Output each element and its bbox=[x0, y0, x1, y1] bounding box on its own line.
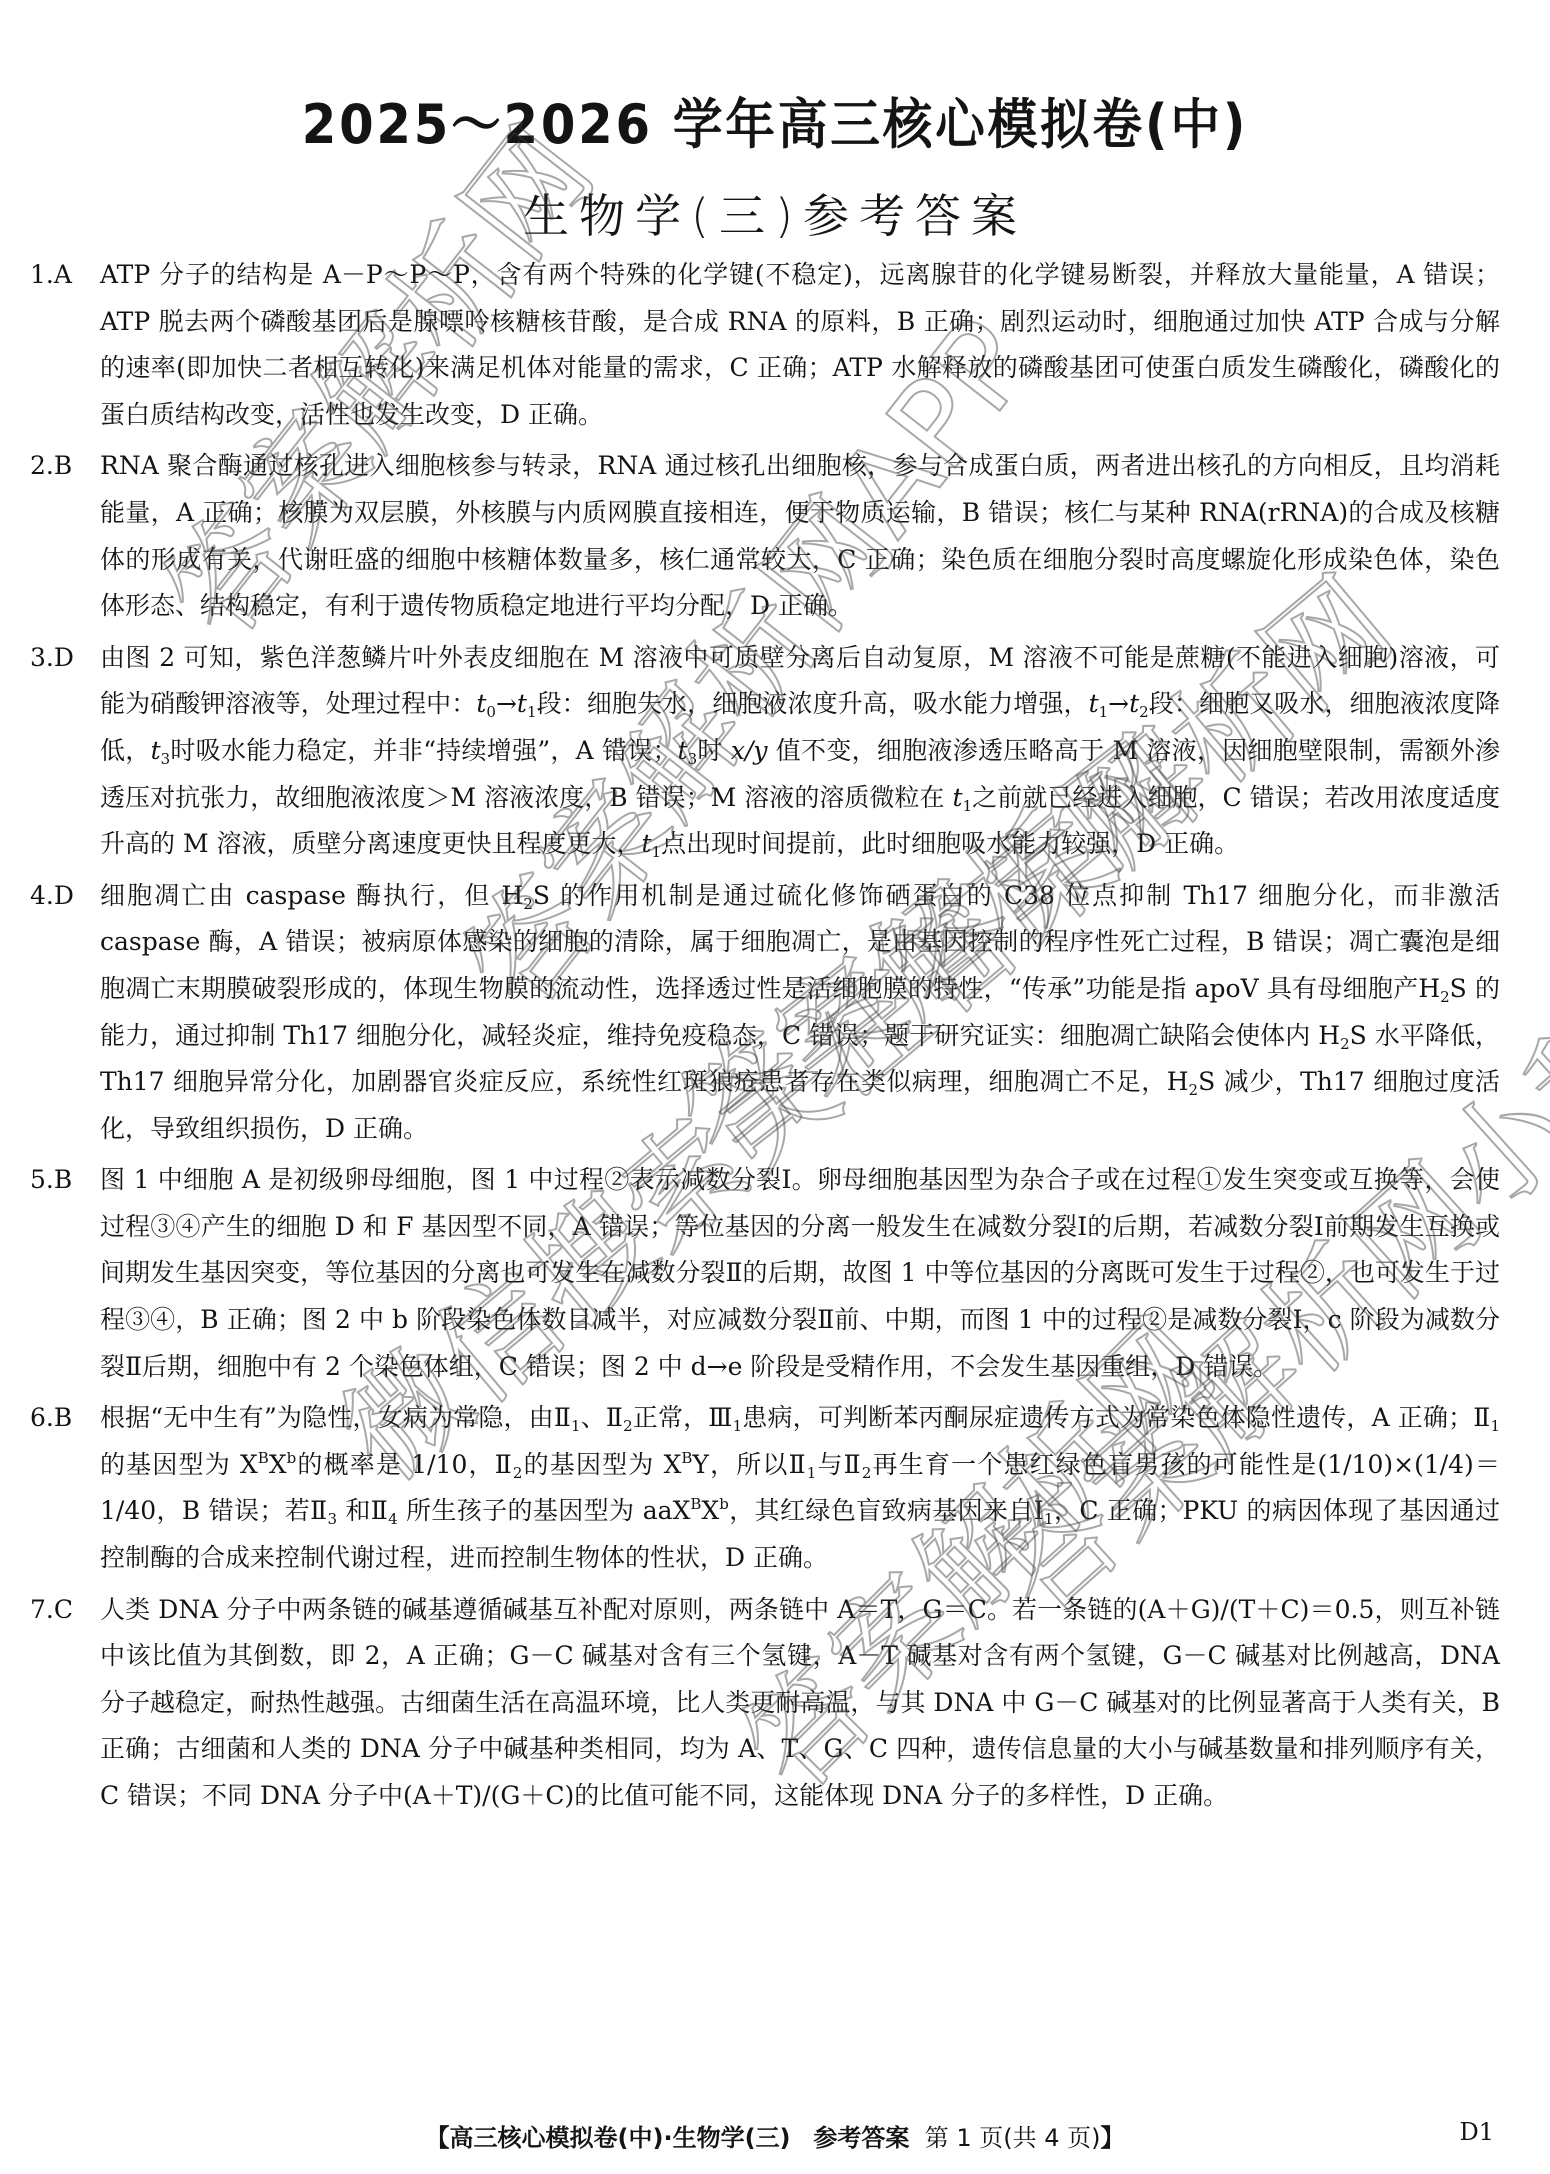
footer-page-info: 第 1 页(共 4 页) bbox=[925, 2124, 1101, 2152]
answer-explanation: 细胞凋亡由 caspase 酶执行，但 H2S 的作用机制是通过硫化修饰硒蛋白的… bbox=[100, 881, 1500, 1143]
answer-item: 1.AATP 分子的结构是 A－P～P～P，含有两个特殊的化学键(不稳定)，远离… bbox=[30, 252, 1500, 438]
answer-number: 2.B bbox=[30, 443, 100, 490]
answer-explanation: 根据“无中生有”为隐性，女病为常隐，由Ⅱ1、Ⅱ2正常，Ⅲ1患病，可判断苯丙酮尿症… bbox=[100, 1403, 1500, 1572]
answer-explanation: 人类 DNA 分子中两条链的碱基遵循碱基互补配对原则，两条链中 A＝T，G＝C。… bbox=[100, 1595, 1500, 1810]
footer-series: 高三核心模拟卷(中)·生物学(三) bbox=[450, 2124, 791, 2152]
footer-left-bracket: 【 bbox=[426, 2124, 450, 2152]
answer-item: 6.B根据“无中生有”为隐性，女病为常隐，由Ⅱ1、Ⅱ2正常，Ⅲ1患病，可判断苯丙… bbox=[30, 1395, 1500, 1581]
answer-item: 2.BRNA 聚合酶通过核孔进入细胞核参与转录，RNA 通过核孔出细胞核，参与合… bbox=[30, 443, 1500, 629]
footer-doc-type: 参考答案 bbox=[813, 2124, 909, 2152]
page-footer: 【高三核心模拟卷(中)·生物学(三) 参考答案 第 1 页(共 4 页)】 D1 bbox=[0, 2118, 1550, 2153]
answer-item: 7.C人类 DNA 分子中两条链的碱基遵循碱基互补配对原则，两条链中 A＝T，G… bbox=[30, 1587, 1500, 1820]
answer-number: 7.C bbox=[30, 1587, 100, 1634]
answer-item: 4.D细胞凋亡由 caspase 酶执行，但 H2S 的作用机制是通过硫化修饰硒… bbox=[30, 873, 1500, 1153]
footer-right-bracket: 】 bbox=[1100, 2124, 1124, 2152]
answer-explanation: 图 1 中细胞 A 是初级卵母细胞，图 1 中过程②表示减数分裂Ⅰ。卵母细胞基因… bbox=[100, 1165, 1500, 1380]
answer-item: 3.D由图 2 可知，紫色洋葱鳞片叶外表皮细胞在 M 溶液中可质壁分离后自动复原… bbox=[30, 635, 1500, 868]
page-title: 2025～2026 学年高三核心模拟卷(中) bbox=[62, 82, 1488, 159]
page-subtitle: 生物学(三)参考答案 bbox=[0, 180, 1550, 246]
answer-list: 1.AATP 分子的结构是 A－P～P～P，含有两个特殊的化学键(不稳定)，远离… bbox=[30, 252, 1500, 1825]
answer-explanation: 由图 2 可知，紫色洋葱鳞片叶外表皮细胞在 M 溶液中可质壁分离后自动复原，M … bbox=[100, 643, 1500, 858]
answer-explanation: ATP 分子的结构是 A－P～P～P，含有两个特殊的化学键(不稳定)，远离腺苷的… bbox=[100, 260, 1500, 429]
answer-number: 4.D bbox=[30, 873, 100, 920]
answer-number: 5.B bbox=[30, 1157, 100, 1204]
answer-item: 5.B图 1 中细胞 A 是初级卵母细胞，图 1 中过程②表示减数分裂Ⅰ。卵母细… bbox=[30, 1157, 1500, 1390]
answer-number: 1.A bbox=[30, 252, 100, 299]
answer-explanation: RNA 聚合酶通过核孔进入细胞核参与转录，RNA 通过核孔出细胞核，参与合成蛋白… bbox=[100, 451, 1500, 620]
answer-number: 3.D bbox=[30, 635, 100, 682]
page-code: D1 bbox=[1459, 2118, 1494, 2146]
answer-number: 6.B bbox=[30, 1395, 100, 1442]
